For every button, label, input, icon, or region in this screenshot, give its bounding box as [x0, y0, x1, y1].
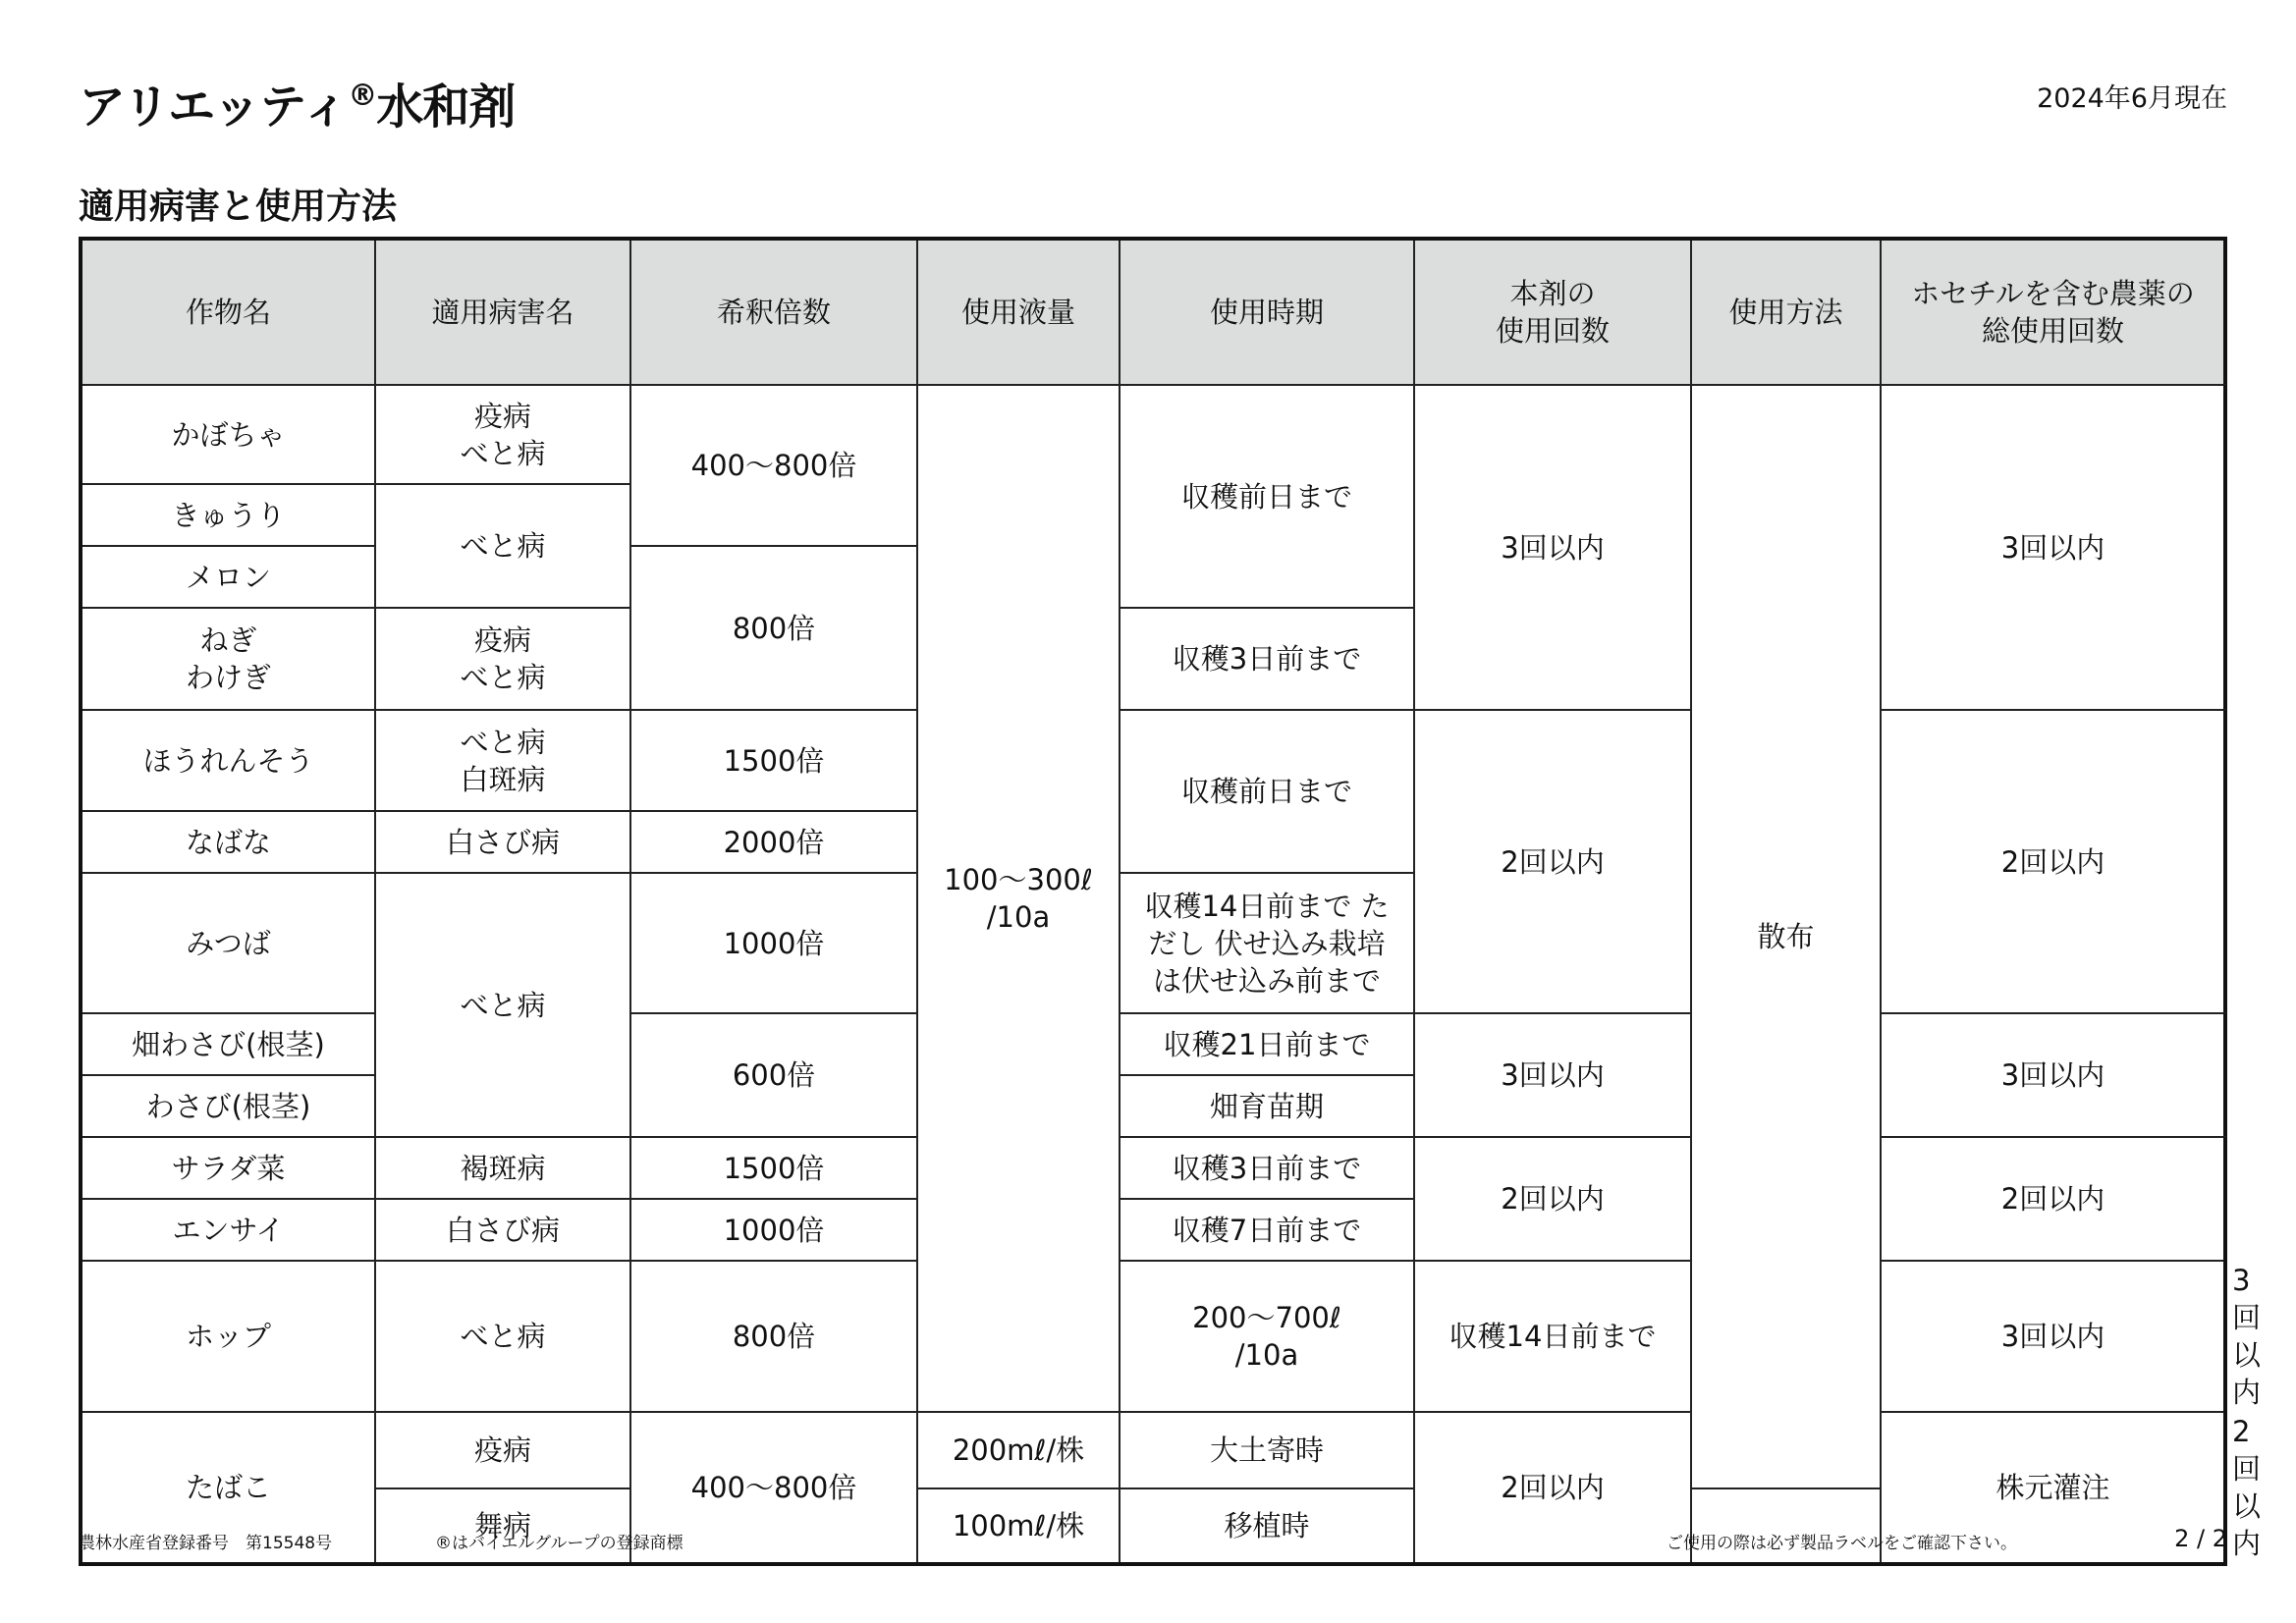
timing-cell: 収穫7日前まで [1120, 1199, 1414, 1261]
document-title: アリエッティ®水和剤 [79, 69, 515, 136]
count-cell: 3回以内 [1414, 1013, 1691, 1137]
total-count-cell: 3回以内 [1881, 385, 2225, 710]
dilution-cell: 400〜800倍 [630, 385, 917, 546]
disease-cell: べと病 [375, 1261, 630, 1412]
disease-cell: 疫病 べと病 [375, 385, 630, 484]
volume-cell: 100〜300ℓ /10a [917, 385, 1120, 1412]
crop-cell: ホップ [81, 1261, 375, 1412]
page-number: 2 / 2 [2174, 1525, 2227, 1552]
total-count-cell: 2回以内 [1881, 1137, 2225, 1261]
as-of-date: 2024年6月現在 [2037, 77, 2227, 115]
table-row: かぼちゃ 疫病 べと病 400〜800倍 100〜300ℓ /10a 収穫前日ま… [81, 385, 2225, 484]
crop-cell: 畑わさび(根茎) [81, 1013, 375, 1075]
dilution-cell: 800倍 [630, 1261, 917, 1412]
crop-cell: わさび(根茎) [81, 1075, 375, 1137]
usage-table: 作物名 適用病害名 希釈倍数 使用液量 使用時期 本剤の 使用回数 使用方法 ホ… [79, 237, 2227, 1566]
table-row: サラダ菜 褐斑病 1500倍 収穫3日前まで 2回以内 2回以内 [81, 1137, 2225, 1199]
count-cell: 2回以内 [1414, 710, 1691, 1013]
timing-cell: 収穫21日前まで [1120, 1013, 1414, 1075]
label-notice: ご使用の際は必ず製品ラベルをご確認下さい。 [1667, 1529, 2017, 1553]
crop-cell: かぼちゃ [81, 385, 375, 484]
volume-cell: 100mℓ/株 [917, 1488, 1120, 1565]
col-disease: 適用病害名 [375, 239, 630, 385]
timing-cell: 収穫14日前まで [1414, 1261, 1691, 1412]
col-timing: 使用時期 [1120, 239, 1414, 385]
col-product-count: 本剤の 使用回数 [1414, 239, 1691, 385]
timing-cell: 収穫3日前まで [1120, 608, 1414, 710]
disease-cell: 褐斑病 [375, 1137, 630, 1199]
crop-cell: みつば [81, 873, 375, 1013]
timing-cell: 畑育苗期 [1120, 1075, 1414, 1137]
registration-number: 農林水産省登録番号 第15548号 [79, 1529, 332, 1553]
dilution-cell: 1500倍 [630, 710, 917, 811]
crop-cell: メロン [81, 546, 375, 608]
trademark-note: ®はバイエルグループの登録商標 [435, 1529, 683, 1553]
dilution-cell: 1000倍 [630, 1199, 917, 1261]
crop-cell: ねぎ わけぎ [81, 608, 375, 710]
dilution-cell: 1500倍 [630, 1137, 917, 1199]
timing-cell: 収穫前日まで [1120, 710, 1414, 873]
col-dilution: 希釈倍数 [630, 239, 917, 385]
count-cell: 3回以内 [1881, 1261, 2225, 1412]
crop-cell: サラダ菜 [81, 1137, 375, 1199]
crop-cell: きゅうり [81, 484, 375, 546]
total-count-cell: 3回以内 [1881, 1013, 2225, 1137]
count-cell: 3回以内 [1414, 385, 1691, 710]
table-row: たばこ 疫病 400〜800倍 200mℓ/株 大土寄時 2回以内 株元灌注 2… [81, 1412, 2225, 1488]
timing-cell: 収穫14日前まで ただし 伏せ込み栽培は伏せ込み前まで [1120, 873, 1414, 1013]
timing-cell: 収穫3日前まで [1120, 1137, 1414, 1199]
disease-cell: べと病 [375, 484, 630, 608]
count-cell: 2回以内 [1414, 1137, 1691, 1261]
crop-cell: なばな [81, 811, 375, 873]
col-total-count: ホセチルを含む農薬の 総使用回数 [1881, 239, 2225, 385]
disease-cell: べと病 白斑病 [375, 710, 630, 811]
col-crop: 作物名 [81, 239, 375, 385]
section-title: 適用病害と使用方法 [79, 179, 397, 229]
timing-cell: 移植時 [1120, 1488, 1414, 1565]
timing-cell: 収穫前日まで [1120, 385, 1414, 608]
method-cell: 散布 [1691, 385, 1881, 1488]
timing-cell: 大土寄時 [1120, 1412, 1414, 1488]
dilution-cell: 1000倍 [630, 873, 917, 1013]
crop-cell: エンサイ [81, 1199, 375, 1261]
disease-cell: べと病 [375, 873, 630, 1137]
dilution-cell: 800倍 [630, 546, 917, 710]
volume-cell: 200mℓ/株 [917, 1412, 1120, 1488]
count-cell: 2回以内 [1414, 1412, 1691, 1564]
disease-cell: 疫病 べと病 [375, 608, 630, 710]
table-row: ほうれんそう べと病 白斑病 1500倍 収穫前日まで 2回以内 2回以内 [81, 710, 2225, 811]
total-count-cell: 2回以内 [1881, 710, 2225, 1013]
disease-cell: 白さび病 [375, 1199, 630, 1261]
volume-cell: 200〜700ℓ /10a [1120, 1261, 1414, 1412]
registered-mark: ® [348, 79, 376, 113]
product-type: 水和剤 [376, 80, 515, 135]
col-volume: 使用液量 [917, 239, 1120, 385]
crop-cell: ほうれんそう [81, 710, 375, 811]
table-header-row: 作物名 適用病害名 希釈倍数 使用液量 使用時期 本剤の 使用回数 使用方法 ホ… [81, 239, 2225, 385]
dilution-cell: 2000倍 [630, 811, 917, 873]
col-method: 使用方法 [1691, 239, 1881, 385]
product-name: アリエッティ [79, 80, 348, 135]
disease-cell: 疫病 [375, 1412, 630, 1488]
disease-cell: 白さび病 [375, 811, 630, 873]
table-row: ホップ べと病 800倍 200〜700ℓ /10a 収穫14日前まで 3回以内… [81, 1261, 2225, 1412]
dilution-cell: 600倍 [630, 1013, 917, 1137]
